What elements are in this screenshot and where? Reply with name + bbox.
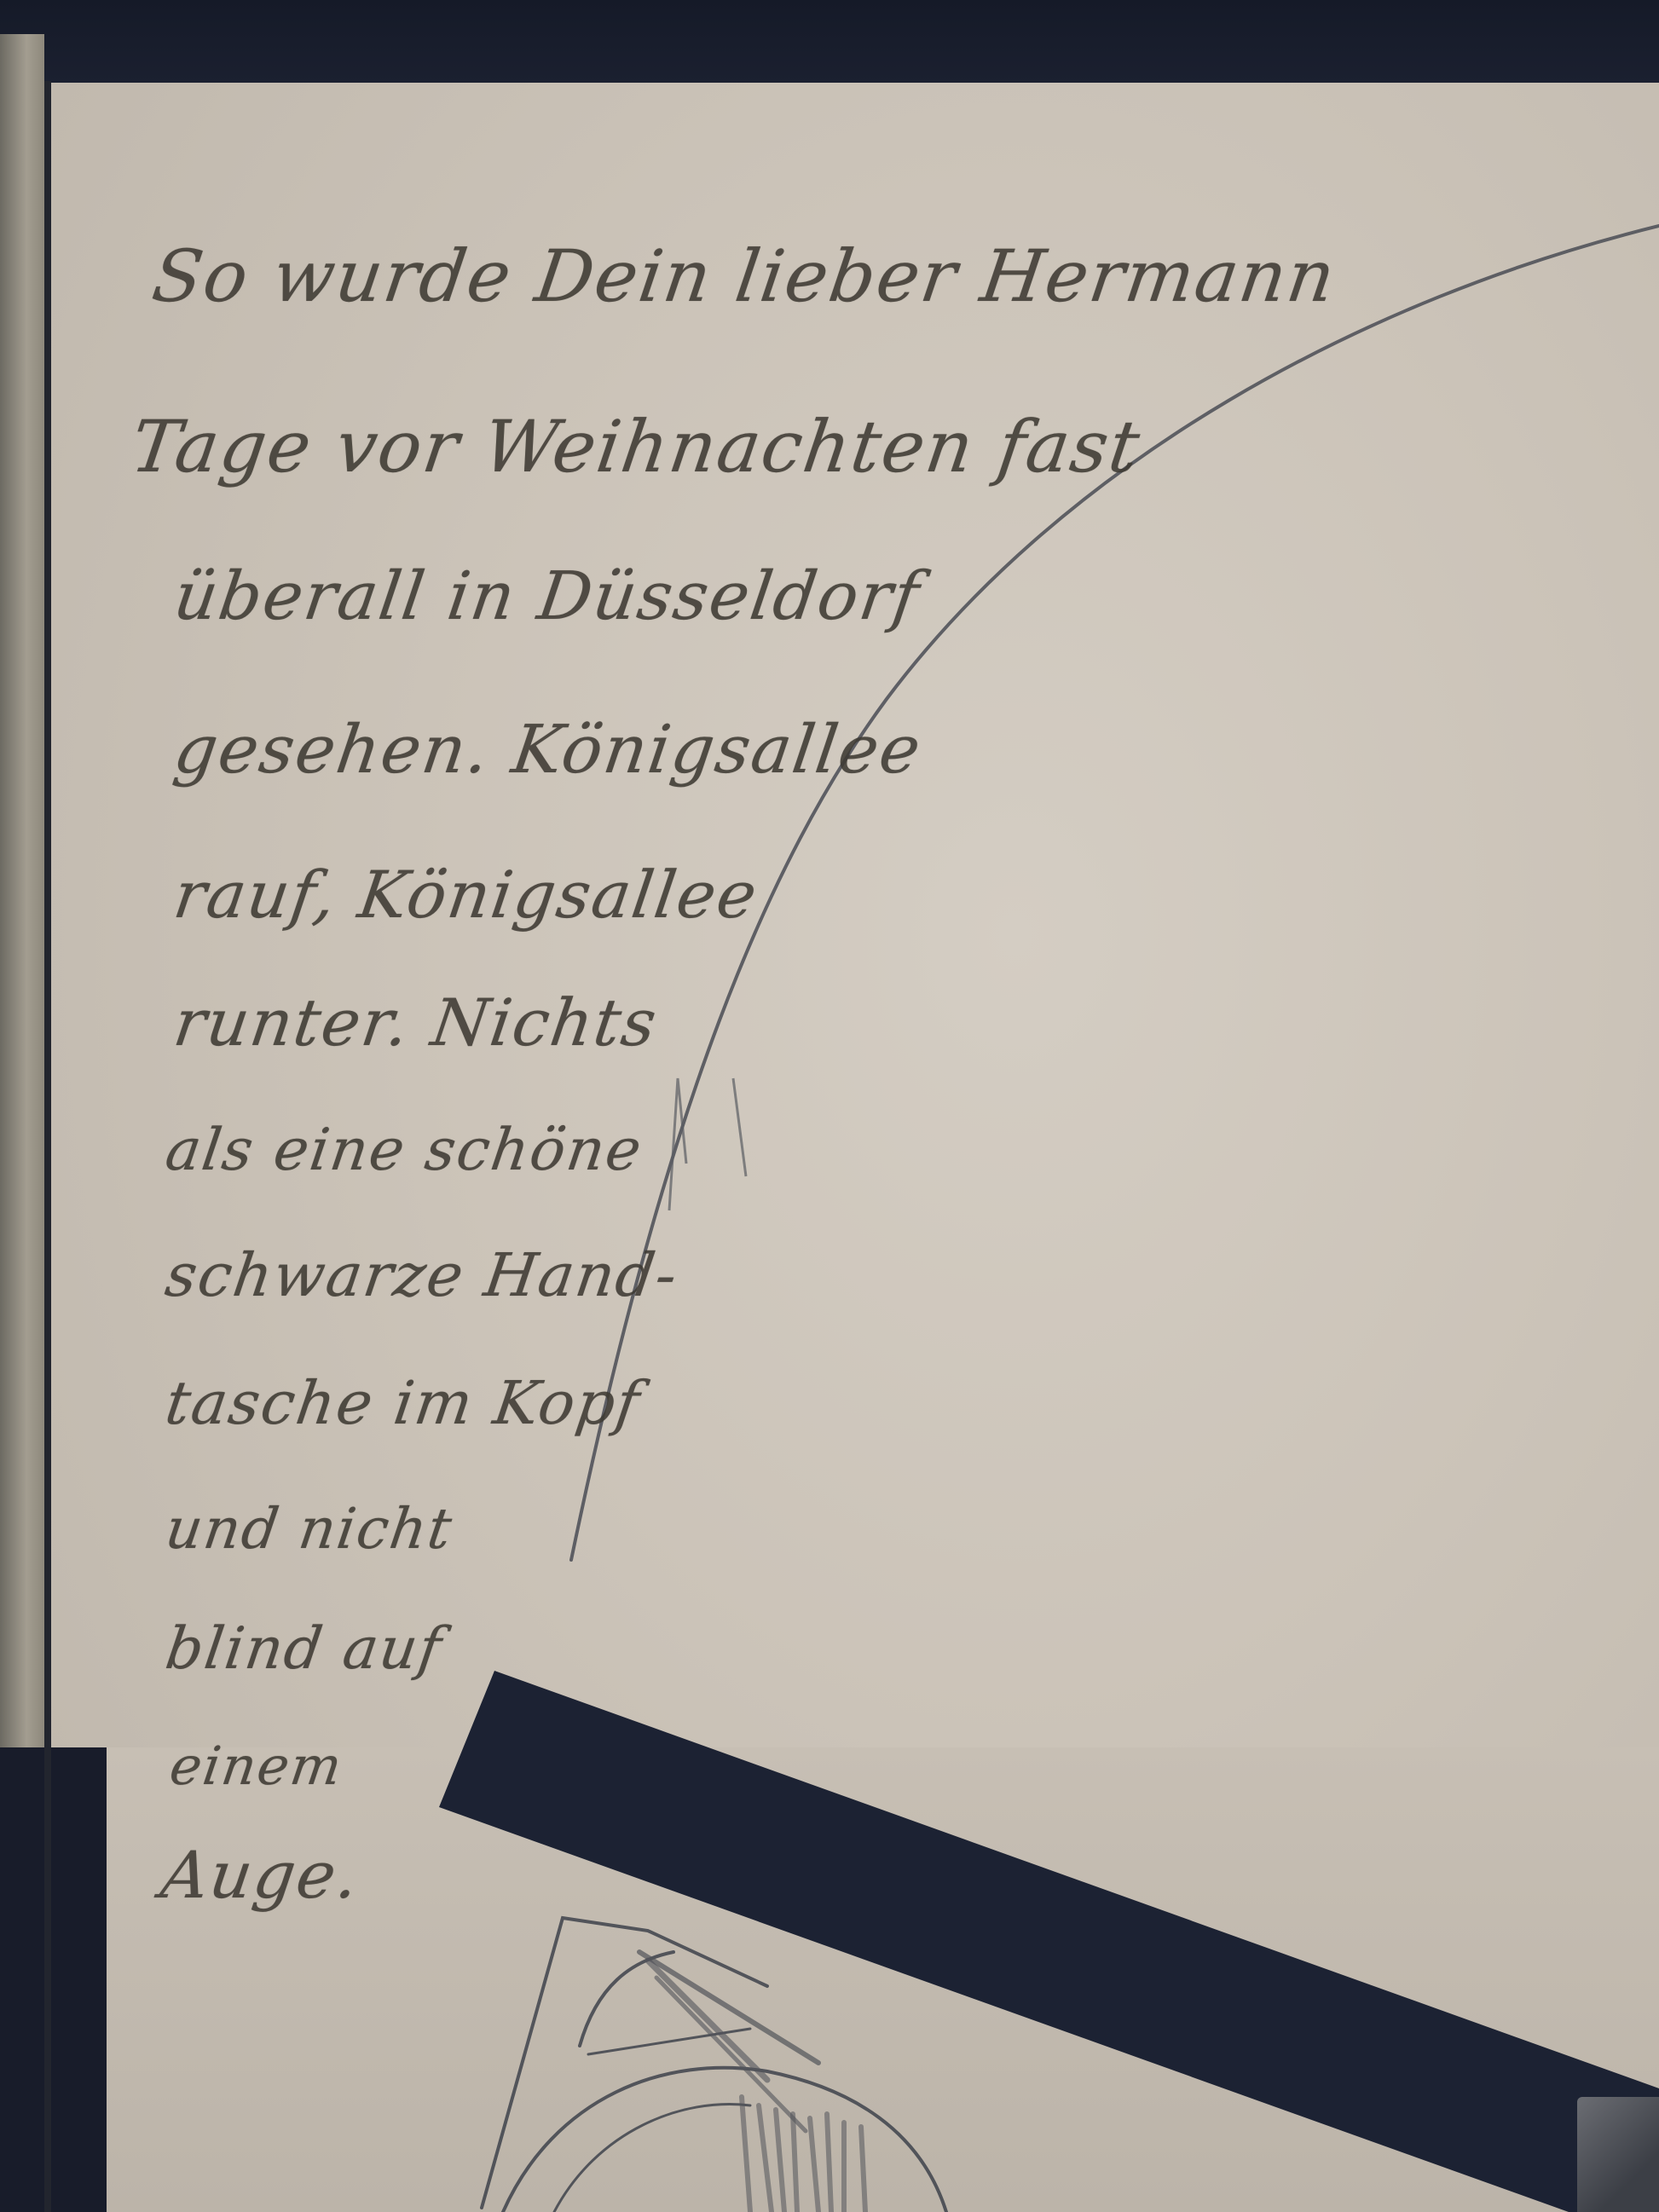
handwritten-line-10: und nicht <box>162 1496 458 1562</box>
frame-top-edge <box>0 0 1659 85</box>
corner-object <box>1577 2097 1659 2212</box>
paper-sheet-lower <box>107 1747 1659 2212</box>
handwritten-line-12: einem <box>166 1735 347 1797</box>
handwritten-line-3: überall in Düsseldorf <box>170 558 925 635</box>
handwritten-line-11: blind auf <box>161 1615 447 1683</box>
handwritten-line-7: als eine schöne <box>161 1117 646 1184</box>
handwritten-line-1: So wurde Dein lieber Hermann <box>147 234 1341 318</box>
handwritten-line-13: Auge. <box>157 1837 365 1913</box>
handwritten-line-6: runter. Nichts <box>170 985 662 1060</box>
handwritten-line-5: rauf, Königsallee <box>170 857 763 933</box>
handwritten-line-8: schwarze Hand- <box>161 1240 683 1310</box>
handwritten-line-4: gesehen. Königsallee <box>170 712 927 788</box>
frame-left-lower <box>0 1747 107 2212</box>
handwritten-line-2: Tage vor Weihnachten fast <box>126 405 1146 488</box>
frame-inner-edge <box>44 81 51 2212</box>
photo-scene: So wurde Dein lieber Hermann Tage vor We… <box>0 0 1659 2212</box>
handwritten-line-9: tasche im Kopf <box>161 1368 645 1438</box>
